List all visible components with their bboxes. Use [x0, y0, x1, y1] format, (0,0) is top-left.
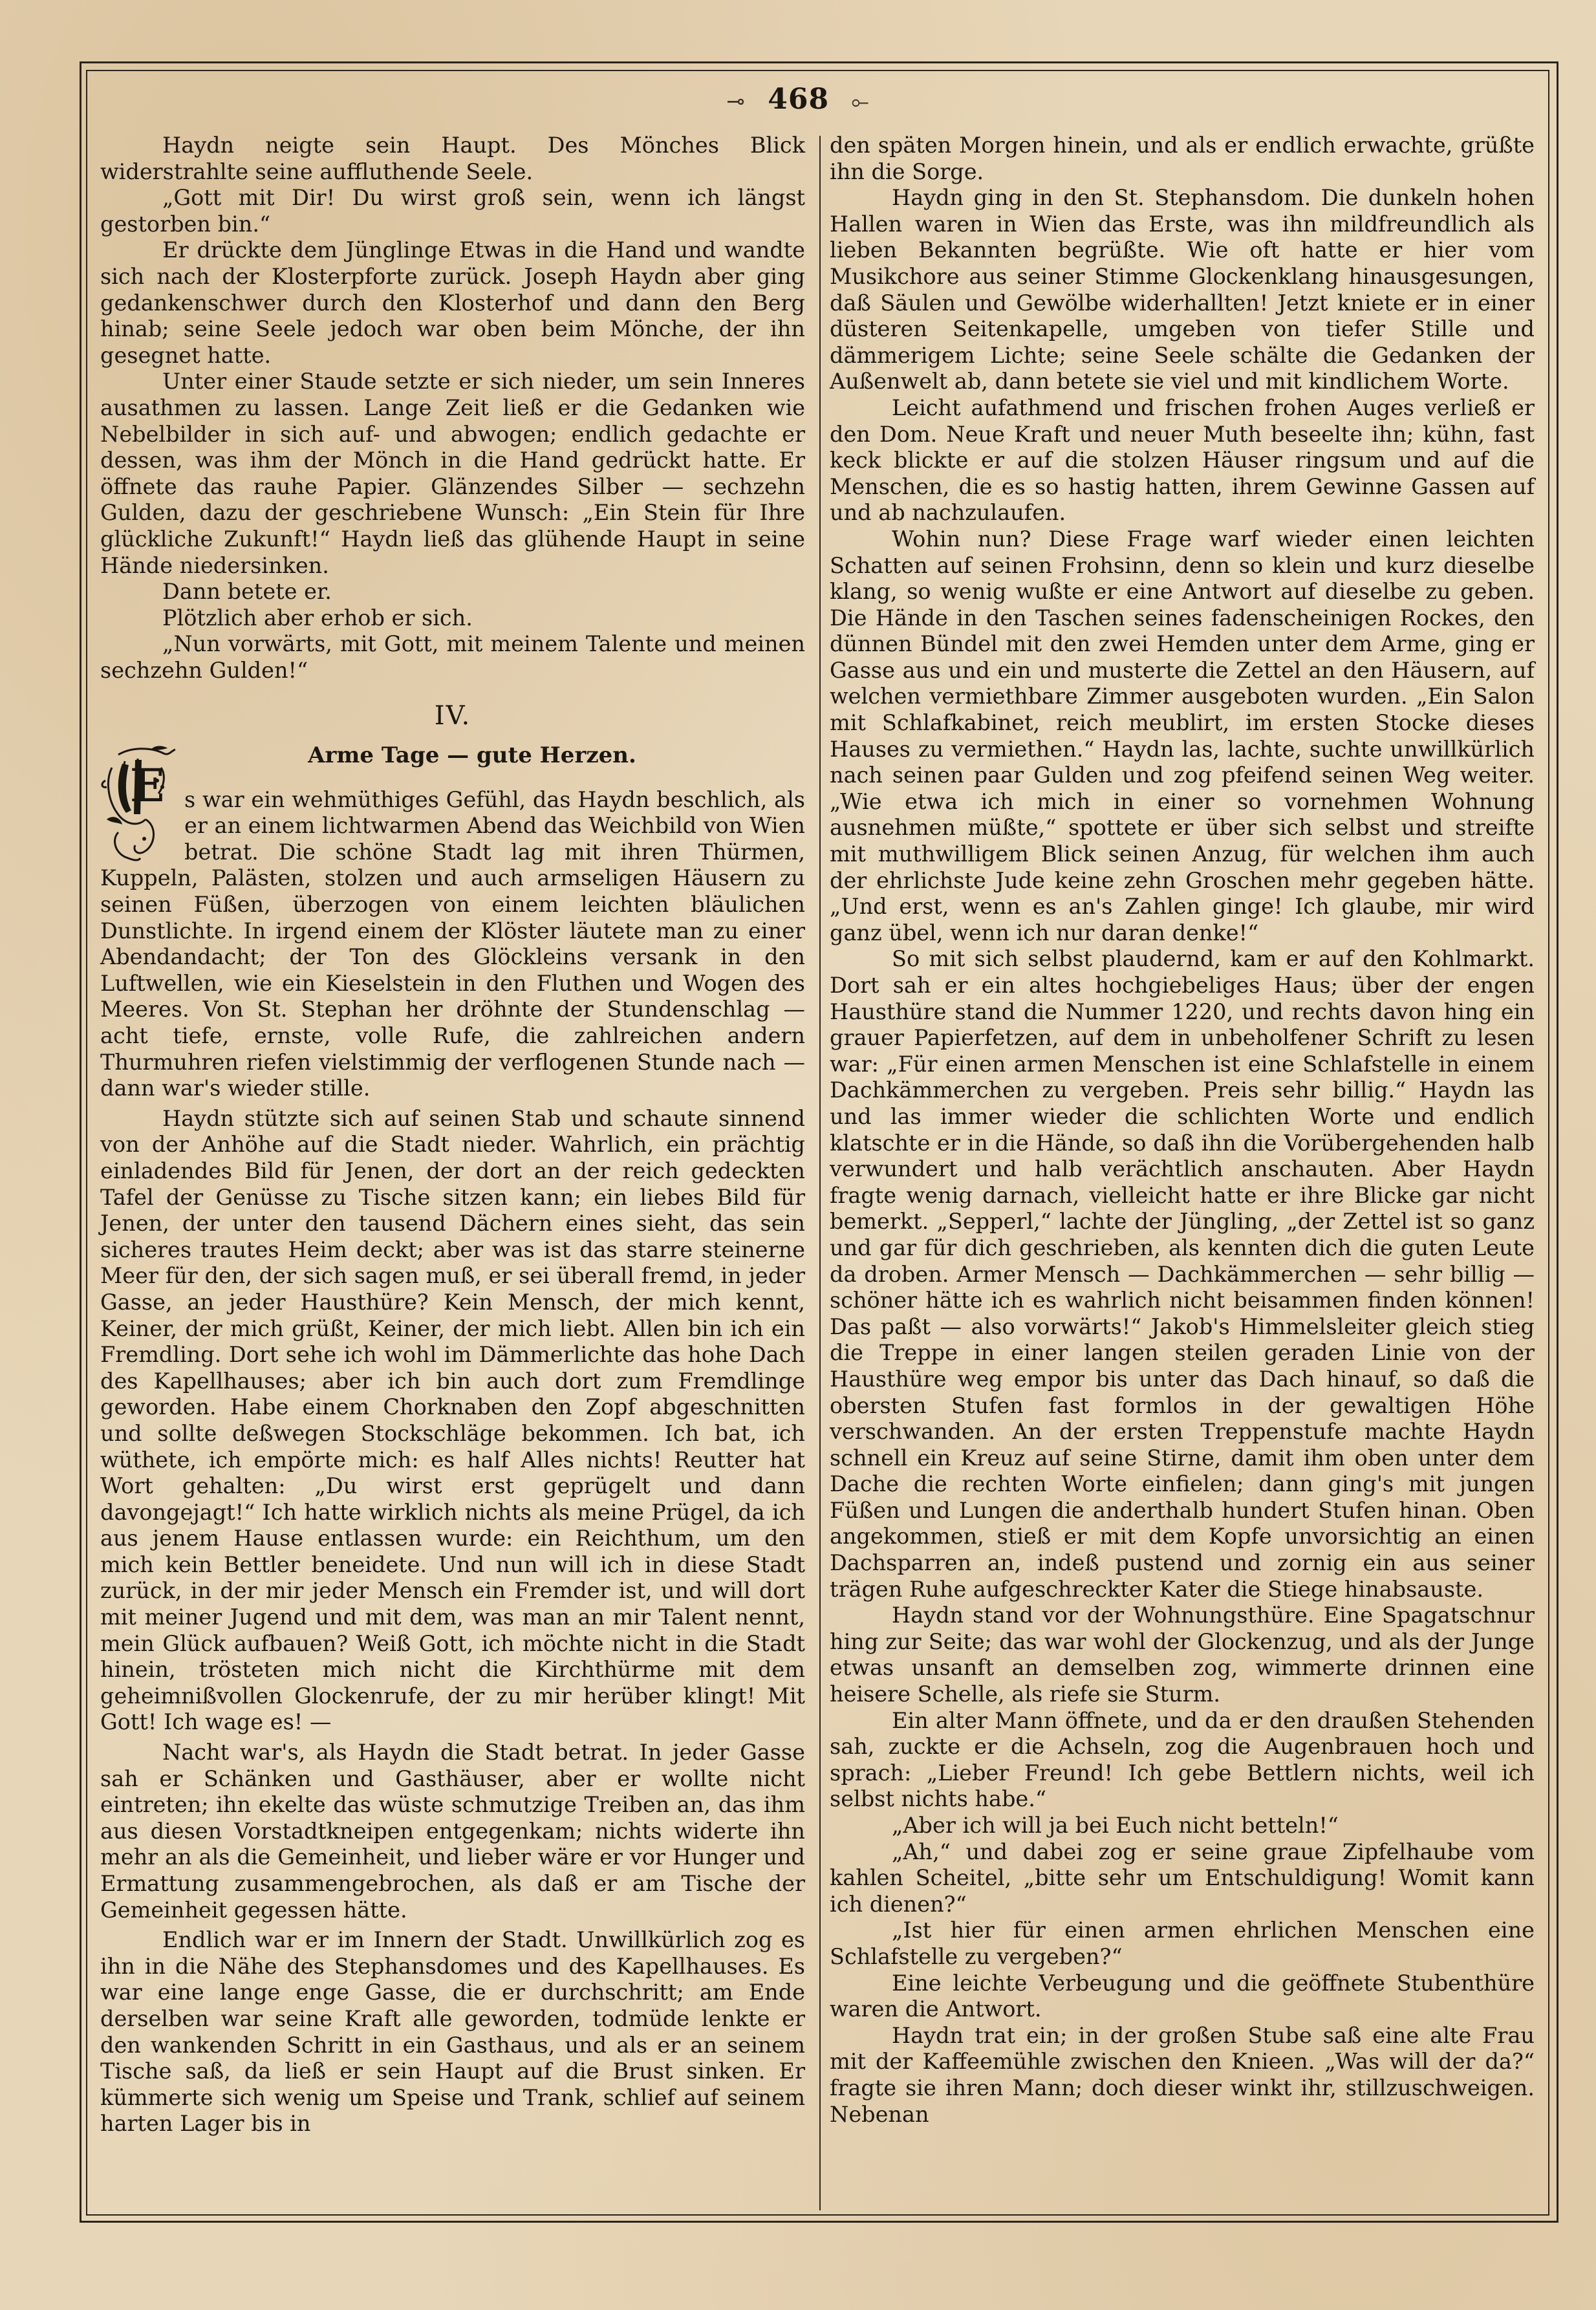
paragraph: „Nun vorwärts, mit Gott, mit meinem Tale… — [100, 631, 805, 684]
paragraph: Eine leichte Verbeugung und die geöffnet… — [830, 1970, 1535, 2023]
left-column: Haydn neigte sein Haupt. Des Mönches Bli… — [100, 133, 805, 2137]
ornamental-dropcap-e-icon: E — [99, 742, 177, 865]
svg-text:E: E — [130, 759, 164, 812]
paragraph: So mit sich selbst plaudernd, kam er auf… — [830, 946, 1535, 1603]
paragraph: Plötzlich aber erhob er sich. — [100, 605, 805, 632]
paragraph: Unter einer Staude setzte er sich nieder… — [100, 369, 805, 579]
paragraph: Nacht war's, als Haydn die Stadt betrat.… — [100, 1740, 805, 1923]
paragraph: „Ah,“ und dabei zog er seine graue Zipfe… — [830, 1839, 1535, 1918]
paragraph: Er drückte dem Jünglinge Etwas in die Ha… — [100, 237, 805, 369]
paragraph: Haydn ging in den St. Stephansdom. Die d… — [830, 185, 1535, 395]
paragraph: Dann betete er. — [100, 579, 805, 605]
paragraph: Haydn neigte sein Haupt. Des Mönches Bli… — [100, 133, 805, 185]
paragraph-with-dropcap: E s war ein wehmüthiges Gefühl, das Hayd… — [100, 787, 805, 1102]
ornament-right-icon: ⟜ — [851, 89, 869, 114]
column-divider — [819, 136, 821, 2210]
paragraph: „Gott mit Dir! Du wirst groß sein, wenn … — [100, 185, 805, 237]
page-number: 468 — [768, 83, 829, 116]
paragraph: Haydn trat ein; in der großen Stube saß … — [830, 2023, 1535, 2128]
chapter-number: IV. — [100, 703, 805, 729]
paragraph: Endlich war er im Innern der Stadt. Unwi… — [100, 1927, 805, 2137]
page-header: ⊸ 468 ⟜ — [0, 83, 1596, 116]
chapter-title: Arme Tage — gute Herzen. — [139, 742, 805, 769]
paragraph: Haydn stützte sich auf seinen Stab und s… — [100, 1106, 805, 1736]
paragraph: Leicht aufathmend und frischen frohen Au… — [830, 395, 1535, 526]
paragraph: Haydn stand vor der Wohnungsthüre. Eine … — [830, 1603, 1535, 1707]
paragraph: „Aber ich will ja bei Euch nicht betteln… — [830, 1813, 1535, 1839]
right-column: den späten Morgen hinein, und als er end… — [830, 133, 1535, 2128]
paragraph: den späten Morgen hinein, und als er end… — [830, 133, 1535, 185]
ornament-left-icon: ⊸ — [726, 89, 746, 114]
paragraph: Ein alter Mann öffnete, und da er den dr… — [830, 1708, 1535, 1813]
paragraph: Wohin nun? Diese Frage warf wieder einen… — [830, 526, 1535, 947]
chapter-text: s war ein wehmüthiges Gefühl, das Haydn … — [100, 787, 805, 1101]
paragraph: „Ist hier für einen armen ehrlichen Mens… — [830, 1917, 1535, 1970]
